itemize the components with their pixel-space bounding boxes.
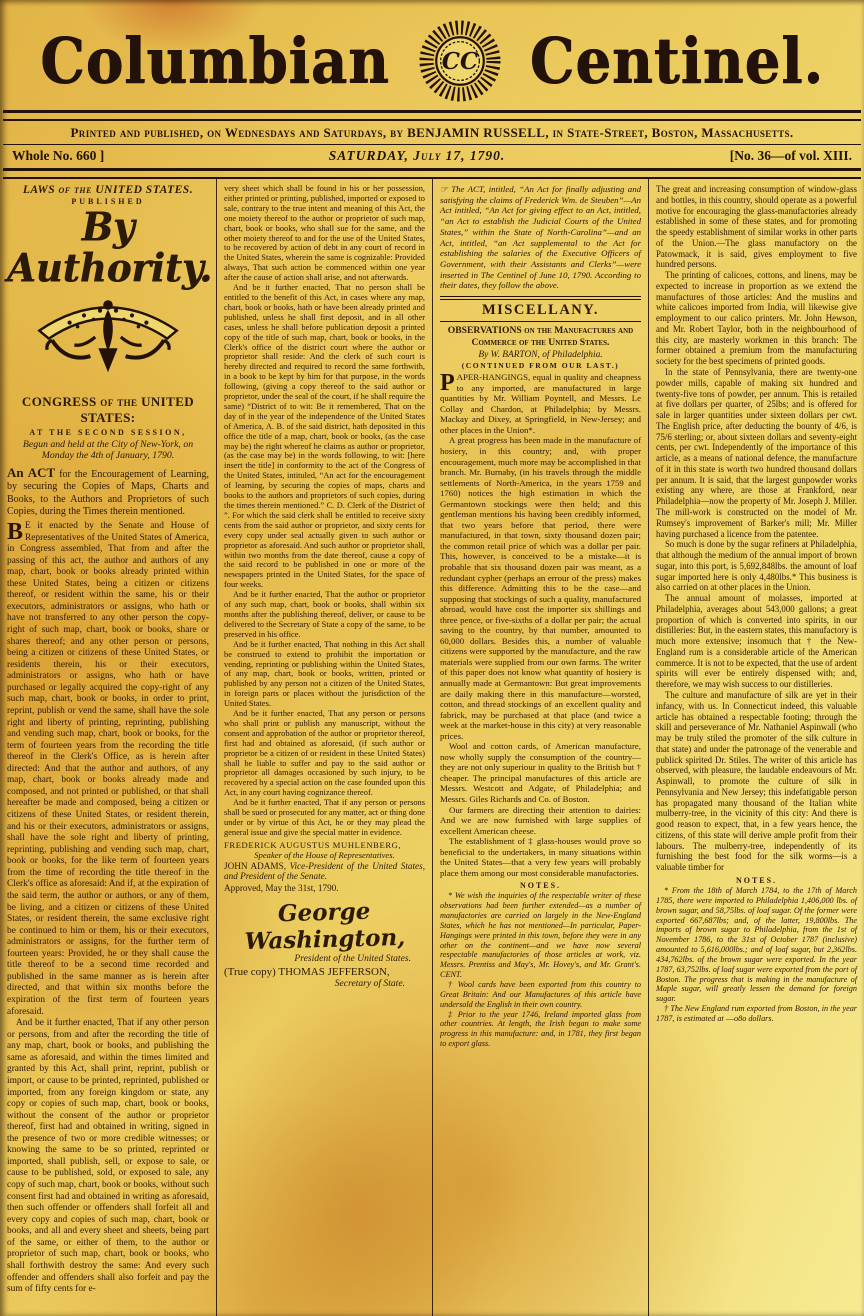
laws-title: LAWS of the UNITED STATES. — [7, 184, 209, 196]
act-title-lead: An ACT — [7, 465, 55, 480]
columns: LAWS of the UNITED STATES. PUBLISHED By … — [0, 179, 864, 1316]
svg-text:CC: CC — [441, 49, 477, 75]
eagle-emblem-icon — [7, 289, 209, 390]
miscellany-paragraph: The great and increasing consumption of … — [656, 184, 857, 270]
footnote: * From the 18th of March 1784, to the 17… — [656, 886, 857, 1004]
miscellany-paragraph: The annual amount of molasses, imported … — [656, 593, 857, 690]
act-title: An ACT for the Encouragement of Learning… — [7, 465, 209, 518]
miscellany-paragraph: The establishment of ‡ glass-houses woul… — [440, 836, 641, 878]
signature-block: FREDERICK AUGUSTUS MUHLENBERG, Speaker o… — [224, 840, 425, 989]
act-paragraph: And be it further enacted, That if any o… — [7, 1018, 209, 1296]
column-3-miscellany: ☞ The ACT, intitled, “An Act for finally… — [432, 179, 648, 1316]
miscellany-heading: MISCELLANY. — [440, 296, 641, 322]
miscellany-paragraph-text: APER-HANGINGS, equal in quality and chea… — [440, 372, 641, 435]
session-line: AT THE SECOND SESSION, — [7, 428, 209, 437]
observations-title: OBSERVATIONS on the Manufactures and Com… — [440, 325, 641, 349]
congress-heading: CONGRESS of the UNITED STATES: — [7, 394, 209, 426]
newspaper-page: Columbian CC Centinel. Printed and publi… — [0, 0, 864, 1316]
jefferson-title: Secretary of State. — [224, 978, 425, 989]
miscellany-paragraph: Wool and cotton cards, of American manuf… — [440, 741, 641, 804]
continued-label: (CONTINUED FROM OUR LAST.) — [440, 361, 641, 370]
footnote: ‡ Prior to the year 1746, Ireland import… — [440, 1010, 641, 1049]
act-paragraph: very sheet which shall be found in his o… — [224, 184, 425, 283]
washington-signature: George Washington, — [223, 896, 425, 955]
act-paragraph: And be it further enacted, That no perso… — [224, 283, 425, 590]
column-2-laws-continued: very sheet which shall be found in his o… — [216, 179, 432, 1316]
masthead-rule — [3, 110, 861, 121]
dateline: Whole No. 660 ] SATURDAY, July 17, 1790.… — [0, 145, 864, 168]
masthead: Columbian CC Centinel. — [0, 0, 864, 110]
byline: By W. BARTON, of Philadelphia. — [440, 350, 641, 360]
footnote: † The New England rum exported from Bost… — [656, 1004, 857, 1024]
miscellany-paragraph: PAPER-HANGINGS, equal in quality and che… — [440, 372, 641, 435]
column-1-laws: LAWS of the UNITED STATES. PUBLISHED By … — [0, 179, 216, 1316]
footnote: † Wool cards have been exported from thi… — [440, 980, 641, 1010]
issue-number: [No. 36—of vol. XIII. — [730, 148, 852, 164]
approved-line: Approved, May the 31st, 1790. — [224, 883, 425, 893]
dropcap-p: P — [440, 372, 457, 393]
act-paragraph: And be it further enacted, That the auth… — [224, 590, 425, 640]
acts-notice: ☞ The ACT, intitled, “An Act for finally… — [440, 184, 641, 291]
footnote: * We wish the inquiries of the respectab… — [440, 891, 641, 980]
act-paragraph: BE it enacted by the Senate and House of… — [7, 521, 209, 1018]
jefferson-line: (True copy) THOMAS JEFFERSON, — [224, 966, 425, 978]
signature-muhlenberg: FREDERICK AUGUSTUS MUHLENBERG, — [224, 840, 425, 850]
by-authority-heading: By Authority. — [7, 207, 209, 289]
act-paragraph-text: E it enacted by the Senate and House of … — [7, 521, 209, 1017]
miscellany-paragraph: Our farmers are directing their attentio… — [440, 805, 641, 837]
miscellany-paragraph: So much is done by the sugar refiners at… — [656, 539, 857, 593]
masthead-title-left: Columbian — [40, 30, 390, 93]
notes-heading: NOTES. — [440, 881, 641, 890]
issue-date: SATURDAY, July 17, 1790. — [329, 148, 505, 164]
signature-speaker-role: Speaker of the House of Representatives. — [224, 850, 425, 860]
adams-name: JOHN ADAMS, — [224, 861, 290, 871]
miscellany-paragraph: A great progress has been made in the ma… — [440, 435, 641, 741]
dropcap-b: B — [7, 521, 25, 542]
notes-heading: NOTES. — [656, 876, 857, 885]
miscellany-paragraph: The culture and manufacture of silk are … — [656, 690, 857, 873]
publisher-line: Printed and published, on Wednesdays and… — [0, 121, 864, 144]
signature-adams: JOHN ADAMS, Vice-President of the United… — [224, 861, 425, 881]
masthead-title-right: Centinel. — [530, 30, 824, 93]
miscellany-paragraph: The printing of calicoes, cottons, and l… — [656, 270, 857, 367]
act-paragraph: And be it further enacted, That nothing … — [224, 640, 425, 709]
miscellany-paragraph: In the state of Pennsylvania, there are … — [656, 367, 857, 539]
act-paragraph: And be it further enacted, That if any p… — [224, 798, 425, 838]
sunburst-seal-icon: CC — [416, 17, 504, 105]
act-paragraph: And be it further enacted, That any pers… — [224, 709, 425, 798]
dateline-rule — [3, 168, 861, 179]
whole-number: Whole No. 660 ] — [12, 148, 104, 164]
column-4-miscellany-continued: The great and increasing consumption of … — [648, 179, 864, 1316]
begun-line: Begun and held at the City of New-York, … — [7, 439, 209, 463]
